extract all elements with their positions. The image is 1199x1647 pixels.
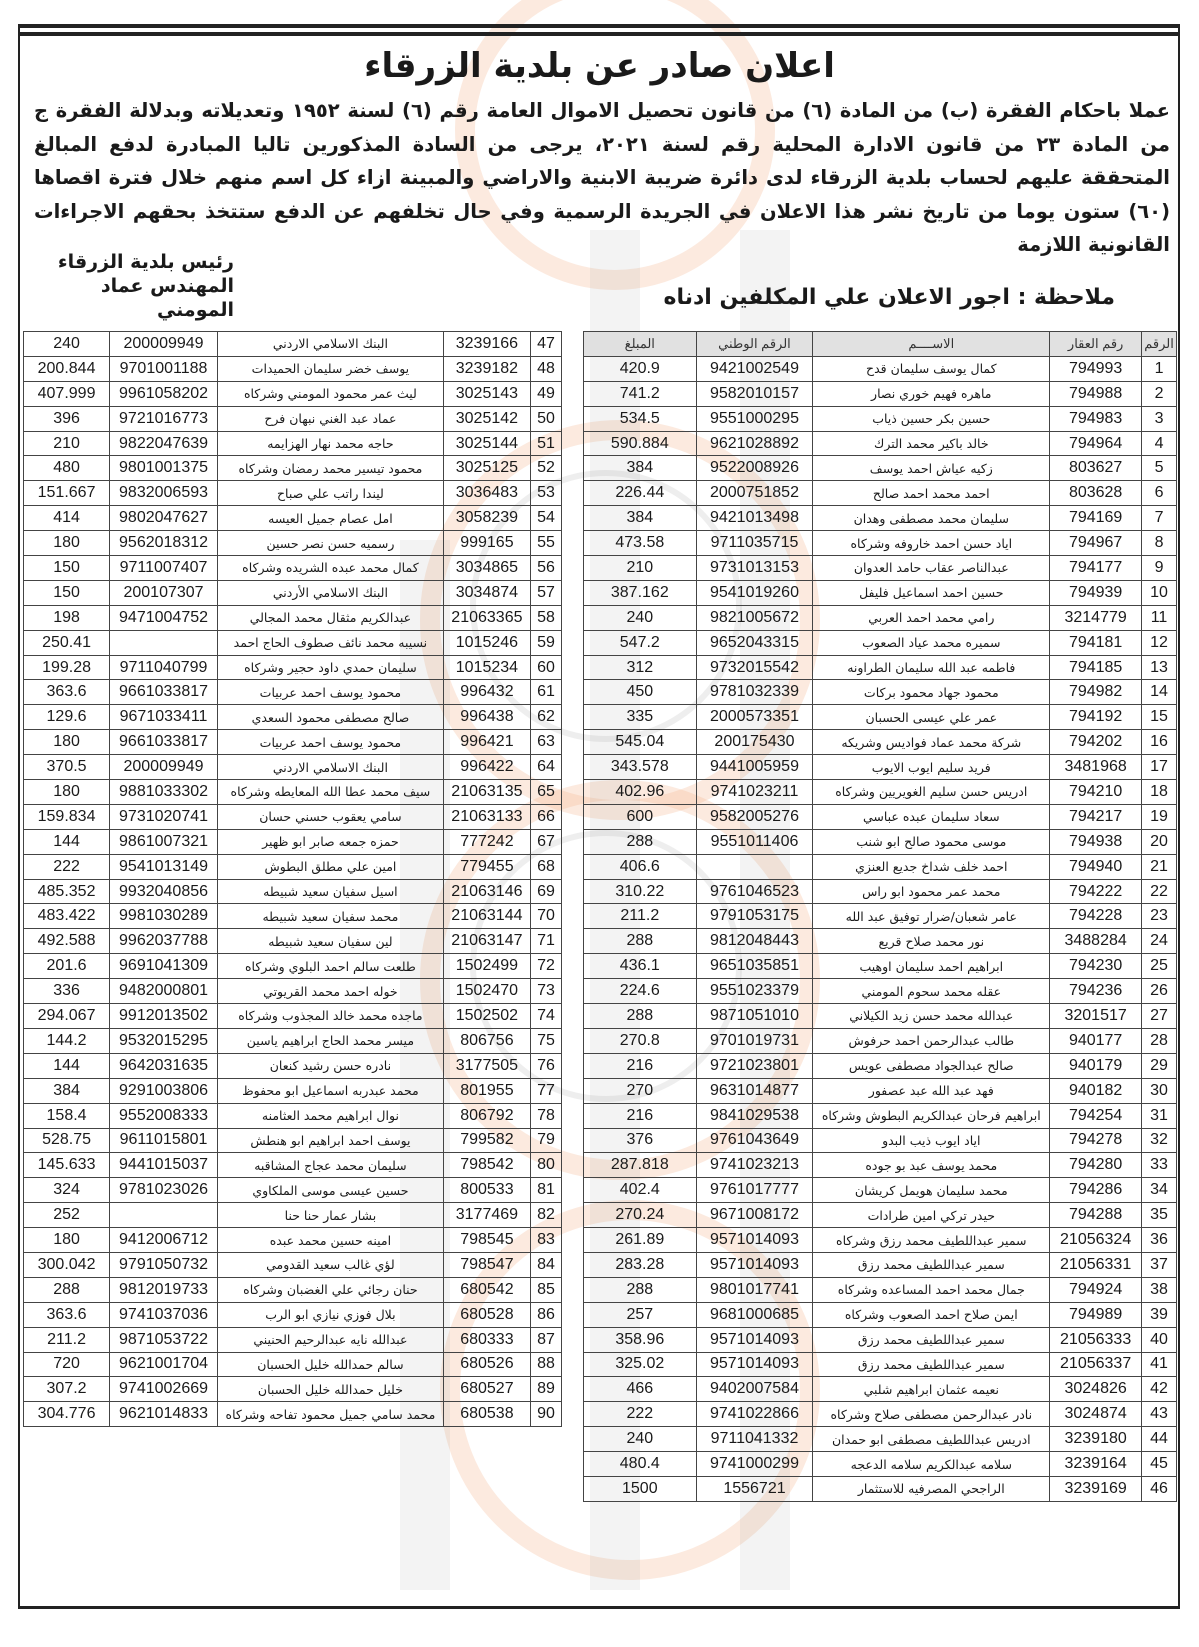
cell-no: 36 [1142, 1228, 1177, 1253]
cell-no: 28 [1142, 1028, 1177, 1053]
cell-parcel: 794939 [1050, 580, 1142, 605]
cell-parcel: 3239169 [1050, 1476, 1142, 1501]
cell-parcel: 794940 [1050, 854, 1142, 879]
cell-amount: 144 [24, 1053, 110, 1078]
cell-amount: 199.28 [24, 655, 110, 680]
table-row: 10 794939 حسين احمد اسماعيل فليفل 954101… [584, 580, 1177, 605]
cell-no: 27 [1142, 1004, 1177, 1029]
cell-parcel: 794222 [1050, 879, 1142, 904]
cell-name: بلال فوزي نيازي ابو الرب [217, 1302, 443, 1327]
cell-no: 8 [1142, 531, 1177, 556]
cell-name: سيف محمد عطا الله المعايطه وشركاه [217, 780, 443, 805]
cell-amount: 492.588 [24, 929, 110, 954]
cell-parcel: 21056337 [1050, 1352, 1142, 1377]
table-row: 27 3201517 عبدالله محمد حسن زيد الكيلاني… [584, 1004, 1177, 1029]
cell-national-id: 2000573351 [696, 705, 813, 730]
cell-national-id: 9541013149 [110, 854, 218, 879]
cell-amount: 741.2 [584, 381, 697, 406]
table-row: 40 21056333 سمير عبداللطيف محمد رزق 9571… [584, 1327, 1177, 1352]
cell-no: 49 [530, 381, 561, 406]
cell-national-id: 9482000801 [110, 979, 218, 1004]
cell-national-id: 200107307 [110, 580, 218, 605]
cell-name: يوسف خضر سليمان الحميدات [217, 356, 443, 381]
cell-amount: 590.884 [584, 431, 697, 456]
cell-national-id: 9571014093 [696, 1252, 813, 1277]
table-row: 86 680528 بلال فوزي نيازي ابو الرب 97410… [24, 1302, 562, 1327]
cell-parcel: 3025144 [443, 431, 530, 456]
cell-parcel: 1502499 [443, 954, 530, 979]
cell-name: محمد عمر محمود ابو راس [813, 879, 1050, 904]
table-row: 54 3058239 امل عصام جميل العيسه 98020476… [24, 506, 562, 531]
cell-name: عبدالله محمد حسن زيد الكيلاني [813, 1004, 1050, 1029]
cell-amount: 406.6 [584, 854, 697, 879]
cell-no: 58 [530, 605, 561, 630]
cell-no: 43 [1142, 1402, 1177, 1427]
cell-amount: 216 [584, 1053, 697, 1078]
cell-national-id: 9701001188 [110, 356, 218, 381]
cell-no: 56 [530, 556, 561, 581]
cell-no: 9 [1142, 556, 1177, 581]
cell-amount: 150 [24, 580, 110, 605]
table-row: 71 21063147 لين سفيان سعيد شبيطه 9962037… [24, 929, 562, 954]
cell-amount: 436.1 [584, 954, 697, 979]
cell-no: 72 [530, 954, 561, 979]
cell-parcel: 3024874 [1050, 1402, 1142, 1427]
cell-national-id: 9802047627 [110, 506, 218, 531]
cell-name: خالد باكير محمد الترك [813, 431, 1050, 456]
table-row: 14 794982 محمود جهاد محمود بركات 9781032… [584, 680, 1177, 705]
table-row: 68 779455 امين علي مطلق البطوش 954101314… [24, 854, 562, 879]
table-row: 18 794210 ادريس حسن سليم الغويريين وشركا… [584, 780, 1177, 805]
cell-name: امل عصام جميل العيسه [217, 506, 443, 531]
cell-parcel: 21063147 [443, 929, 530, 954]
cell-amount: 310.22 [584, 879, 697, 904]
cell-parcel: 3025125 [443, 456, 530, 481]
cell-national-id: 9402007584 [696, 1377, 813, 1402]
cell-no: 23 [1142, 904, 1177, 929]
cell-parcel: 794181 [1050, 630, 1142, 655]
cell-national-id [110, 630, 218, 655]
cell-amount: 363.6 [24, 680, 110, 705]
cell-name: طالب عبدالرحمن احمد حرفوش [813, 1028, 1050, 1053]
cell-amount: 325.02 [584, 1352, 697, 1377]
cell-parcel: 806792 [443, 1103, 530, 1128]
cell-amount: 376 [584, 1128, 697, 1153]
cell-name: صالح مصطفى محمود السعدي [217, 705, 443, 730]
table-row: 2 794988 ماهره فهيم خوري نصار 9582010157… [584, 381, 1177, 406]
cell-no: 4 [1142, 431, 1177, 456]
cell-name: محمد سليمان هويمل كريشان [813, 1178, 1050, 1203]
cell-amount: 180 [24, 780, 110, 805]
cell-national-id: 9732015542 [696, 655, 813, 680]
cell-amount: 414 [24, 506, 110, 531]
table-row: 69 21063146 اسيل سفيان سعيد شبيطه 993204… [24, 879, 562, 904]
cell-parcel: 3025142 [443, 406, 530, 431]
cell-national-id: 9801017741 [696, 1277, 813, 1302]
cell-national-id: 9421013498 [696, 506, 813, 531]
cell-no: 69 [530, 879, 561, 904]
cell-name: عبدالله نايه عبدالرحيم الحنيني [217, 1327, 443, 1352]
cell-parcel: 940182 [1050, 1078, 1142, 1103]
cell-no: 50 [530, 406, 561, 431]
cell-no: 47 [530, 332, 561, 357]
announcement-note: ملاحظة : اجور الاعلان علي المكلفين ادناه [663, 285, 1115, 310]
cell-no: 73 [530, 979, 561, 1004]
cell-amount: 270.24 [584, 1203, 697, 1228]
cell-parcel: 3488284 [1050, 929, 1142, 954]
cell-amount: 407.999 [24, 381, 110, 406]
table-row: 8 794967 اياد حسن احمد خاروفه وشركاه 971… [584, 531, 1177, 556]
table-row: 50 3025142 عماد عبد الغني نبهان فرح 9721… [24, 406, 562, 431]
cell-name: بشار عمار حنا حنا [217, 1203, 443, 1228]
cell-parcel: 21056324 [1050, 1228, 1142, 1253]
cell-no: 18 [1142, 780, 1177, 805]
cell-name: حسين احمد اسماعيل فليفل [813, 580, 1050, 605]
cell-national-id: 9791053175 [696, 904, 813, 929]
cell-parcel: 794982 [1050, 680, 1142, 705]
cell-name: سالم حمدالله خليل الحسبان [217, 1352, 443, 1377]
cell-national-id: 9721023801 [696, 1053, 813, 1078]
cell-no: 12 [1142, 630, 1177, 655]
table-row: 44 3239180 ادريس عبداللطيف مصطفى ابو حمد… [584, 1427, 1177, 1452]
cell-parcel: 794286 [1050, 1178, 1142, 1203]
cell-no: 54 [530, 506, 561, 531]
cell-no: 82 [530, 1203, 561, 1228]
cell-no: 20 [1142, 829, 1177, 854]
table-row: 57 3034874 البنك الاسلامي الأردني 200107… [24, 580, 562, 605]
cell-parcel: 1502470 [443, 979, 530, 1004]
cell-no: 51 [530, 431, 561, 456]
cell-no: 3 [1142, 406, 1177, 431]
cell-no: 26 [1142, 979, 1177, 1004]
cell-name: خوله احمد محمد القريوتي [217, 979, 443, 1004]
cell-name: عقله محمد سحوم المومني [813, 979, 1050, 1004]
table-row: 48 3239182 يوسف خضر سليمان الحميدات 9701… [24, 356, 562, 381]
table-row: 49 3025143 ليث عمر محمود المومني وشركاه … [24, 381, 562, 406]
cell-national-id: 9661033817 [110, 680, 218, 705]
cell-name: محمد يوسف عبد بو جوده [813, 1153, 1050, 1178]
cell-national-id: 9621028892 [696, 431, 813, 456]
cell-name: رامي محمد احمد العربي [813, 605, 1050, 630]
cell-name: اياد حسن احمد خاروفه وشركاه [813, 531, 1050, 556]
cell-no: 55 [530, 531, 561, 556]
cell-name: عامر شعبان/ضرار توفيق عبد الله [813, 904, 1050, 929]
cell-parcel: 803628 [1050, 481, 1142, 506]
cell-no: 80 [530, 1153, 561, 1178]
cell-amount: 283.28 [584, 1252, 697, 1277]
cell-name: ليث عمر محمود المومني وشركاه [217, 381, 443, 406]
cell-amount: 145.633 [24, 1153, 110, 1178]
cell-parcel: 680538 [443, 1402, 530, 1427]
table-row: 31 794254 ابراهيم فرحان عبدالكريم البطوش… [584, 1103, 1177, 1128]
cell-parcel: 680528 [443, 1302, 530, 1327]
cell-amount: 151.667 [24, 481, 110, 506]
table-row: 11 3214779 رامي محمد احمد العربي 9821005… [584, 605, 1177, 630]
cell-parcel: 21063365 [443, 605, 530, 630]
cell-amount: 198 [24, 605, 110, 630]
announcement-body: عملا باحكام الفقرة (ب) من المادة (٦) من … [34, 94, 1170, 262]
cell-national-id: 9961058202 [110, 381, 218, 406]
cell-amount: 288 [584, 1277, 697, 1302]
cell-no: 86 [530, 1302, 561, 1327]
cell-national-id: 2000751852 [696, 481, 813, 506]
cell-national-id: 9731013153 [696, 556, 813, 581]
cell-amount: 387.162 [584, 580, 697, 605]
cell-national-id: 9741023213 [696, 1153, 813, 1178]
cell-national-id: 9841029538 [696, 1103, 813, 1128]
cell-amount: 420.9 [584, 356, 697, 381]
table-row: 45 3239164 سلامه عبدالكريم سلامه الدعجه … [584, 1452, 1177, 1477]
cell-no: 52 [530, 456, 561, 481]
cell-parcel: 3024826 [1050, 1377, 1142, 1402]
cell-name: ماهره فهيم خوري نصار [813, 381, 1050, 406]
cell-no: 65 [530, 780, 561, 805]
cell-no: 61 [530, 680, 561, 705]
cell-name: عمر علي عيسى الحسبان [813, 705, 1050, 730]
cell-name: فهد عبد الله عبد عصفور [813, 1078, 1050, 1103]
cell-amount: 240 [584, 605, 697, 630]
cell-national-id: 9421002549 [696, 356, 813, 381]
cell-amount: 720 [24, 1352, 110, 1377]
announcement-title: اعلان صادر عن بلدية الزرقاء [0, 46, 1199, 86]
table-row: 36 21056324 سمير عبداللطيف محمد رزق وشرك… [584, 1228, 1177, 1253]
header-national-id: الرقم الوطني [696, 332, 813, 357]
signature-block: رئيس بلدية الزرقاء المهندس عماد المومني [34, 250, 234, 322]
cell-name: فريد سليم ايوب الايوب [813, 755, 1050, 780]
cell-national-id: 9701019731 [696, 1028, 813, 1053]
cell-parcel: 794254 [1050, 1103, 1142, 1128]
cell-no: 45 [1142, 1452, 1177, 1477]
cell-name: كمال محمد عبده الشريده وشركاه [217, 556, 443, 581]
cell-national-id: 9291003806 [110, 1078, 218, 1103]
cell-parcel: 21056331 [1050, 1252, 1142, 1277]
cell-amount: 545.04 [584, 730, 697, 755]
cell-national-id: 9651035851 [696, 954, 813, 979]
cell-amount: 358.96 [584, 1327, 697, 1352]
cell-amount: 129.6 [24, 705, 110, 730]
cell-national-id: 9711040799 [110, 655, 218, 680]
cell-parcel: 3025143 [443, 381, 530, 406]
cell-parcel: 794967 [1050, 531, 1142, 556]
cell-no: 83 [530, 1228, 561, 1253]
cell-name: ابراهيم فرحان عبدالكريم البطوش وشركاه [813, 1103, 1050, 1128]
cell-amount: 343.578 [584, 755, 697, 780]
cell-parcel: 21063135 [443, 780, 530, 805]
cell-amount: 396 [24, 406, 110, 431]
table-row: 70 21063144 محمد سفيان سعيد شبيطه 998103… [24, 904, 562, 929]
cell-national-id: 9741022866 [696, 1402, 813, 1427]
cell-parcel: 794988 [1050, 381, 1142, 406]
cell-name: رسميه حسن نصر حسين [217, 531, 443, 556]
cell-national-id [110, 1203, 218, 1228]
table-row: 33 794280 محمد يوسف عبد بو جوده 97410232… [584, 1153, 1177, 1178]
cell-name: يوسف احمد ابراهيم ابو هنطش [217, 1128, 443, 1153]
cell-no: 87 [530, 1327, 561, 1352]
table-row: 76 3177505 نادره حسن رشيد كنعان 96420316… [24, 1053, 562, 1078]
cell-national-id: 9562018312 [110, 531, 218, 556]
cell-name: كمال يوسف سليمان قدح [813, 356, 1050, 381]
cell-name: الراجحي المصرفيه للاستثمار [813, 1476, 1050, 1501]
cell-parcel: 3481968 [1050, 755, 1142, 780]
cell-no: 16 [1142, 730, 1177, 755]
table-row: 64 996422 البنك الاسلامي الاردني 2000099… [24, 755, 562, 780]
table-row: 90 680538 محمد سامي جميل محمود تفاحه وشر… [24, 1402, 562, 1427]
cell-parcel: 794230 [1050, 954, 1142, 979]
cell-name: شركة محمد عماد فواديس وشريكه [813, 730, 1050, 755]
cell-national-id: 9671008172 [696, 1203, 813, 1228]
table-row: 16 794202 شركة محمد عماد فواديس وشريكه 2… [584, 730, 1177, 755]
table-row: 20 794938 موسى محمود صالح ابو شنب 955101… [584, 829, 1177, 854]
cell-no: 17 [1142, 755, 1177, 780]
cell-parcel: 794169 [1050, 506, 1142, 531]
cell-name: سمير عبداللطيف محمد رزق [813, 1327, 1050, 1352]
table-row: 37 21056331 سمير عبداللطيف محمد رزق 9571… [584, 1252, 1177, 1277]
cell-amount: 201.6 [24, 954, 110, 979]
cell-parcel: 3058239 [443, 506, 530, 531]
cell-name: اسيل سفيان سعيد شبيطه [217, 879, 443, 904]
cell-parcel: 21063144 [443, 904, 530, 929]
cell-national-id: 9681000685 [696, 1302, 813, 1327]
cell-no: 32 [1142, 1128, 1177, 1153]
cell-no: 2 [1142, 381, 1177, 406]
table-row: 80 798542 سليمان محمد عجاج المشاقبه 9441… [24, 1153, 562, 1178]
cell-national-id: 9532015295 [110, 1028, 218, 1053]
table-row: 38 794924 جمال محمد احمد المساعده وشركاه… [584, 1277, 1177, 1302]
cell-parcel: 1015246 [443, 630, 530, 655]
cell-national-id: 9552008333 [110, 1103, 218, 1128]
table-row: 61 996432 محمود يوسف احمد عربيات 9661033… [24, 680, 562, 705]
table-row: 12 794181 سميره محمد عياد الصعوب 9652043… [584, 630, 1177, 655]
cell-amount: 211.2 [584, 904, 697, 929]
cell-no: 42 [1142, 1377, 1177, 1402]
table-row: 88 680526 سالم حمدالله خليل الحسبان 9621… [24, 1352, 562, 1377]
cell-national-id: 9912013502 [110, 1004, 218, 1029]
cell-parcel: 3177505 [443, 1053, 530, 1078]
cell-parcel: 999165 [443, 531, 530, 556]
cell-parcel: 798542 [443, 1153, 530, 1178]
cell-national-id: 200009949 [110, 755, 218, 780]
cell-national-id: 9881033302 [110, 780, 218, 805]
table-row: 87 680333 عبدالله نايه عبدالرحيم الحنيني… [24, 1327, 562, 1352]
cell-name: البنك الاسلامي الاردني [217, 332, 443, 357]
cell-no: 19 [1142, 804, 1177, 829]
cell-amount: 252 [24, 1203, 110, 1228]
cell-name: نور محمد صلاح قريع [813, 929, 1050, 954]
cell-national-id: 9582010157 [696, 381, 813, 406]
cell-name: حنان رجائي علي الغضبان وشركاه [217, 1277, 443, 1302]
cell-parcel: 3034874 [443, 580, 530, 605]
cell-no: 74 [530, 1004, 561, 1029]
cell-name: سلامه عبدالكريم سلامه الدعجه [813, 1452, 1050, 1477]
cell-amount: 261.89 [584, 1228, 697, 1253]
cell-parcel: 680526 [443, 1352, 530, 1377]
cell-national-id: 9791050732 [110, 1252, 218, 1277]
cell-amount: 363.6 [24, 1302, 110, 1327]
table-row: 39 794989 ايمن صلاح احمد الصعوب وشركاه 9… [584, 1302, 1177, 1327]
cell-no: 84 [530, 1252, 561, 1277]
cell-amount: 600 [584, 804, 697, 829]
cell-parcel: 794924 [1050, 1277, 1142, 1302]
cell-national-id: 9441005959 [696, 755, 813, 780]
cell-national-id: 9631014877 [696, 1078, 813, 1103]
cell-no: 24 [1142, 929, 1177, 954]
cell-national-id: 9822047639 [110, 431, 218, 456]
cell-no: 1 [1142, 356, 1177, 381]
cell-no: 40 [1142, 1327, 1177, 1352]
cell-parcel: 996438 [443, 705, 530, 730]
cell-name: ادريس حسن سليم الغويريين وشركاه [813, 780, 1050, 805]
cell-no: 6 [1142, 481, 1177, 506]
cell-amount: 180 [24, 730, 110, 755]
cell-amount: 288 [584, 1004, 697, 1029]
cell-amount: 240 [24, 332, 110, 357]
cell-name: حسين بكر حسين ذياب [813, 406, 1050, 431]
table-row: 23 794228 عامر شعبان/ضرار توفيق عبد الله… [584, 904, 1177, 929]
cell-no: 21 [1142, 854, 1177, 879]
cell-amount: 216 [584, 1103, 697, 1128]
cell-national-id: 9932040856 [110, 879, 218, 904]
cell-amount: 335 [584, 705, 697, 730]
table-row: 26 794236 عقله محمد سحوم المومني 9551023… [584, 979, 1177, 1004]
cell-national-id: 9741000299 [696, 1452, 813, 1477]
cell-name: محمود يوسف احمد عربيات [217, 680, 443, 705]
table-row: 13 794185 فاطمه عبد الله سليمان الطراونه… [584, 655, 1177, 680]
table-row: 53 3036483 ليندا راتب علي صباح 983200659… [24, 481, 562, 506]
cell-national-id: 9871053722 [110, 1327, 218, 1352]
cell-no: 62 [530, 705, 561, 730]
cell-amount: 288 [584, 929, 697, 954]
cell-name: البنك الاسلامي الأردني [217, 580, 443, 605]
cell-name: خليل حمدالله خليل الحسبان [217, 1377, 443, 1402]
cell-amount: 224.6 [584, 979, 697, 1004]
cell-national-id: 9731020741 [110, 804, 218, 829]
cell-amount: 159.834 [24, 804, 110, 829]
cell-national-id: 9812048443 [696, 929, 813, 954]
cell-no: 71 [530, 929, 561, 954]
table-row: 66 21063133 سامي يعقوب حسني حسان 9731020… [24, 804, 562, 829]
table-row: 1 794993 كمال يوسف سليمان قدح 9421002549… [584, 356, 1177, 381]
cell-parcel: 680542 [443, 1277, 530, 1302]
cell-amount: 211.2 [24, 1327, 110, 1352]
table-row: 81 800533 حسين عيسى موسى الملكاوي 978102… [24, 1178, 562, 1203]
table-row: 55 999165 رسميه حسن نصر حسين 9562018312 … [24, 531, 562, 556]
table-row: 72 1502499 طلعت سالم احمد البلوي وشركاه … [24, 954, 562, 979]
cell-parcel: 794202 [1050, 730, 1142, 755]
table-row: 25 794230 ابراهيم احمد سليمان اوهيب 9651… [584, 954, 1177, 979]
cell-amount: 222 [24, 854, 110, 879]
table-row: 67 777242 حمزه جمعه صابر ابو ظهير 986100… [24, 829, 562, 854]
cell-parcel: 21063133 [443, 804, 530, 829]
cell-amount: 402.4 [584, 1178, 697, 1203]
table-row: 78 806792 نوال ابراهيم محمد العثامنه 955… [24, 1103, 562, 1128]
cell-parcel: 3034865 [443, 556, 530, 581]
cell-parcel: 794938 [1050, 829, 1142, 854]
cell-national-id [696, 854, 813, 879]
table-row: 75 806756 ميسر محمد الحاج ابراهيم ياسين … [24, 1028, 562, 1053]
cell-name: نادر عبدالرحمن مصطفى صلاح وشركاه [813, 1402, 1050, 1427]
cell-no: 75 [530, 1028, 561, 1053]
cell-national-id: 9711007407 [110, 556, 218, 581]
cell-national-id: 9621001704 [110, 1352, 218, 1377]
table-row: 63 996421 محمود يوسف احمد عربيات 9661033… [24, 730, 562, 755]
cell-national-id: 9412006712 [110, 1228, 218, 1253]
cell-parcel: 3036483 [443, 481, 530, 506]
cell-national-id: 9962037788 [110, 929, 218, 954]
cell-parcel: 794217 [1050, 804, 1142, 829]
cell-parcel: 794177 [1050, 556, 1142, 581]
cell-national-id: 9571014093 [696, 1228, 813, 1253]
taxpayers-table-left: 47 3239166 البنك الاسلامي الاردني 200009… [23, 331, 562, 1427]
